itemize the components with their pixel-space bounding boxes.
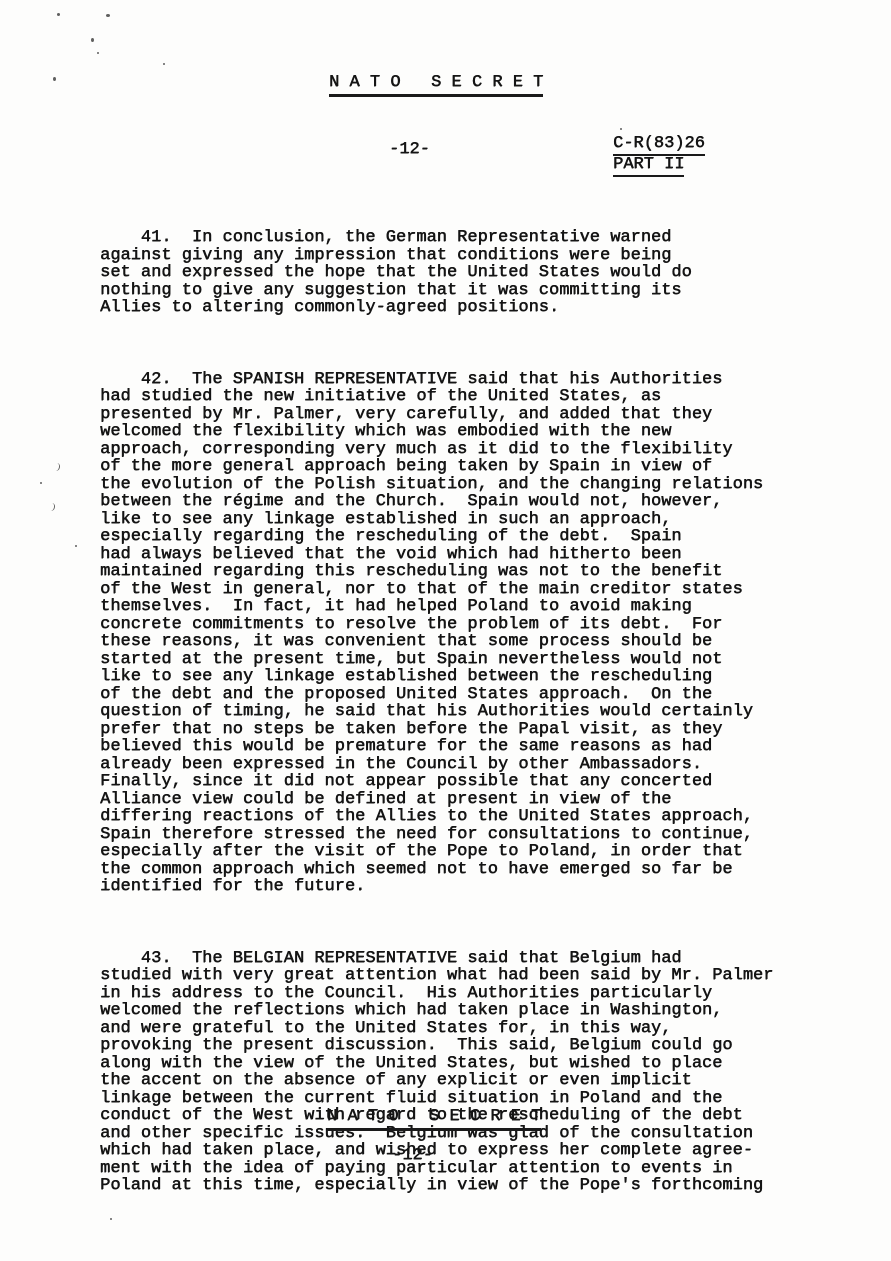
document-page: N A T O S E C R E T -12- C-R(83)26 PART … xyxy=(0,0,891,1261)
scan-speckle xyxy=(75,545,77,547)
paragraph-43: 43. The BELGIAN REPRESENTATIVE said that… xyxy=(100,950,773,1195)
paragraph-42: 42. The SPANISH REPRESENTATIVE said that… xyxy=(100,371,773,896)
scan-mark xyxy=(49,503,55,512)
scan-speckle xyxy=(40,482,42,484)
page-number-bottom: -12- xyxy=(392,1146,433,1165)
scan-speckle xyxy=(57,13,60,16)
classification-footer: N A T O S E C R E T xyxy=(327,1107,541,1131)
classification-header: N A T O S E C R E T xyxy=(329,73,543,97)
scan-speckle xyxy=(53,77,56,81)
reference-part: PART II xyxy=(613,156,684,177)
scan-mark xyxy=(54,463,60,472)
document-reference: C-R(83)26 PART II xyxy=(613,135,705,177)
scan-speckle xyxy=(620,128,622,130)
page-number-top: -12- xyxy=(389,140,430,159)
scan-speckle xyxy=(163,63,165,65)
scan-speckle xyxy=(97,52,99,54)
scan-speckle xyxy=(110,1218,112,1220)
paragraph-41: 41. In conclusion, the German Representa… xyxy=(100,229,773,317)
reference-number: C-R(83)26 xyxy=(613,135,705,156)
scan-speckle xyxy=(106,14,110,17)
document-body: 41. In conclusion, the German Representa… xyxy=(100,194,773,1230)
scan-speckle xyxy=(91,38,94,42)
